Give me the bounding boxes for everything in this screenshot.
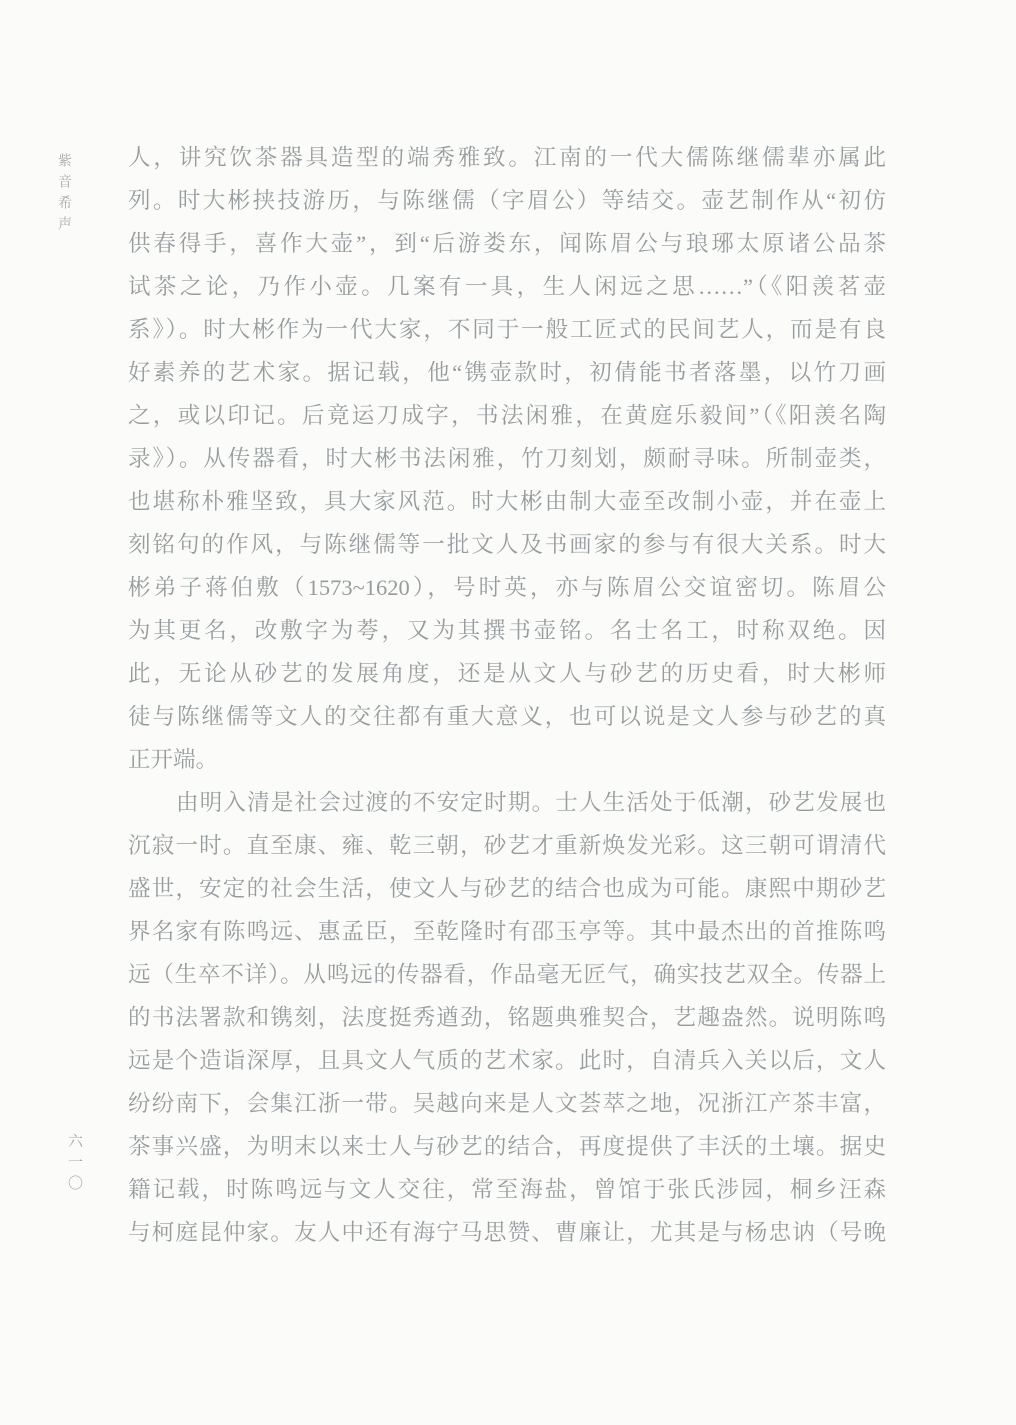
text-line: 纷纷南下，会集江浙一带。吴越向来是人文荟萃之地，况浙江产茶丰富，	[128, 1082, 886, 1125]
text-line: 系》）。时大彬作为一代大家，不同于一般工匠式的民间艺人，而是有良	[128, 308, 886, 351]
text-line: 徒与陈继儒等文人的交往都有重大意义，也可以说是文人参与砂艺的真	[128, 695, 886, 738]
text-line: 供春得手，喜作大壶”，到“后游娄东，闻陈眉公与琅琊太原诸公品茶	[128, 222, 886, 265]
body-text-block: 人，讲究饮茶器具造型的端秀雅致。江南的一代大儒陈继儒辈亦属此 列。时大彬挟技游历…	[128, 136, 886, 1254]
text-line: 试茶之论，乃作小壶。几案有一具，生人闲远之思……”（《阳羡茗壶	[128, 265, 886, 308]
text-line: 盛世，安定的社会生活，使文人与砂艺的结合也成为可能。康熙中期砂艺	[128, 867, 886, 910]
text-line: 此，无论从砂艺的发展角度，还是从文人与砂艺的历史看，时大彬师	[128, 652, 886, 695]
text-line: 远是个造诣深厚，且具文人气质的艺术家。此时，自清兵入关以后，文人	[128, 1039, 886, 1082]
text-line: 与柯庭昆仲家。友人中还有海宁马思赞、曹廉让，尤其是与杨忠讷（号晚	[128, 1211, 886, 1254]
text-line: 沉寂一时。直至康、雍、乾三朝，砂艺才重新焕发光彩。这三朝可谓清代	[128, 824, 886, 867]
text-line-paragraph-end: 正开端。	[128, 738, 886, 781]
text-line: 为其更名，改敷字为荂，又为其撰书壶铭。名士名工，时称双绝。因	[128, 609, 886, 652]
text-line: 之，或以印记。后竟运刀成字，书法闲雅，在黄庭乐毅间”（《阳羡名陶	[128, 394, 886, 437]
margin-page-number: 六一〇	[64, 1133, 85, 1196]
text-line: 界名家有陈鸣远、惠孟臣，至乾隆时有邵玉亭等。其中最杰出的首推陈鸣	[128, 910, 886, 953]
text-line: 人，讲究饮茶器具造型的端秀雅致。江南的一代大儒陈继儒辈亦属此	[128, 136, 886, 179]
text-line: 录》）。从传器看，时大彬书法闲雅，竹刀刻划，颇耐寻味。所制壶类，	[128, 437, 886, 480]
text-line: 刻铭句的作风，与陈继儒等一批文人及书画家的参与有很大关系。时大	[128, 523, 886, 566]
scanned-book-page: 紫音希声 六一〇 人，讲究饮茶器具造型的端秀雅致。江南的一代大儒陈继儒辈亦属此 …	[0, 0, 1016, 1425]
text-line-paragraph-start: 由明入清是社会过渡的不安定时期。士人生活处于低潮，砂艺发展也	[128, 781, 886, 824]
text-line: 也堪称朴雅坚致，具大家风范。时大彬由制大壶至改制小壶，并在壶上	[128, 480, 886, 523]
text-line: 远（生卒不详）。从鸣远的传器看，作品毫无匠气，确实技艺双全。传器上	[128, 953, 886, 996]
text-line: 好素养的艺术家。据记载，他“镌壶款时，初倩能书者落墨，以竹刀画	[128, 351, 886, 394]
margin-book-title: 紫音希声	[53, 153, 73, 237]
text-line: 列。时大彬挟技游历，与陈继儒（字眉公）等结交。壶艺制作从“初仿	[128, 179, 886, 222]
text-line: 籍记载，时陈鸣远与文人交往，常至海盐，曾馆于张氏涉园，桐乡汪森	[128, 1168, 886, 1211]
text-line: 彬弟子蒋伯敷（1573~1620），号时英，亦与陈眉公交谊密切。陈眉公	[128, 566, 886, 609]
text-line: 茶事兴盛，为明末以来士人与砂艺的结合，再度提供了丰沃的土壤。据史	[128, 1125, 886, 1168]
text-line: 的书法署款和镌刻，法度挺秀遒劲，铭题典雅契合，艺趣盎然。说明陈鸣	[128, 996, 886, 1039]
